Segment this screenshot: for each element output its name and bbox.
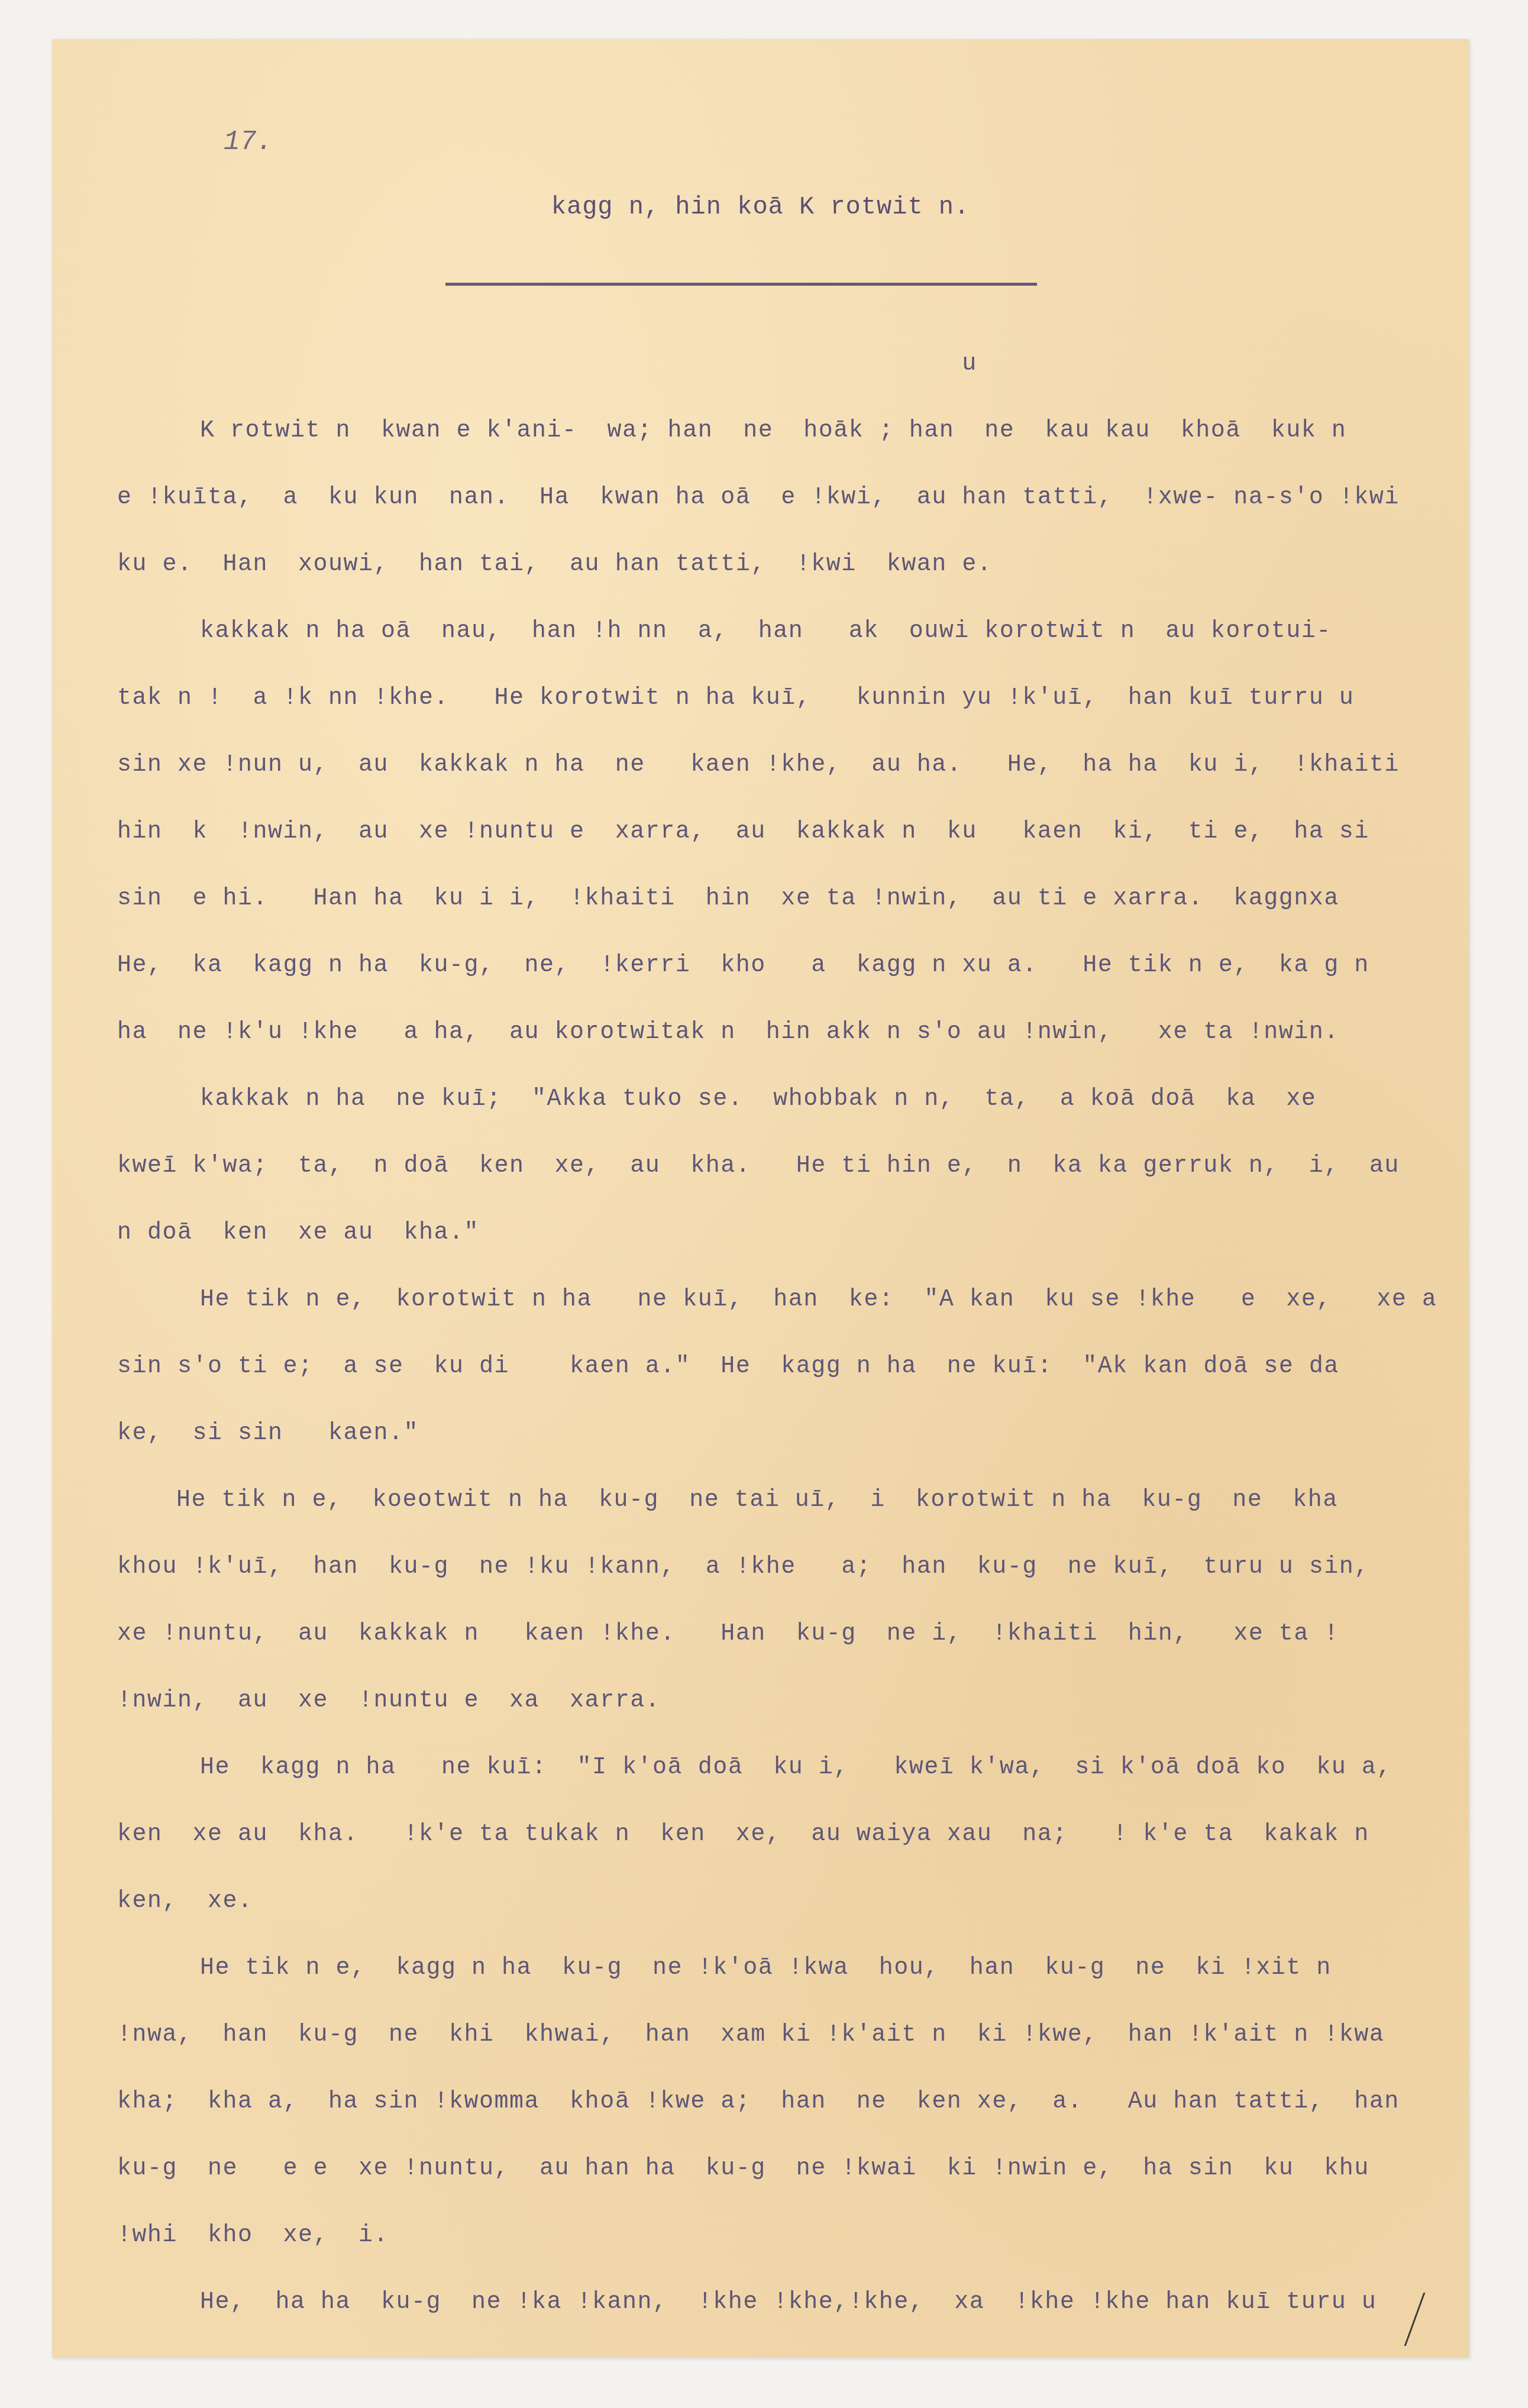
text-line: K rotwit n kwan e k'ani- wa; han ne hoāk…: [117, 413, 1501, 480]
text-line: n doā ken xe au kha.": [117, 1216, 1501, 1282]
text-line: kakkak n ha ne kuī; "Akka tuko se. whobb…: [117, 1082, 1501, 1149]
typewritten-page: 17. kagg n, hin koā K rotwit n. u K rotw…: [52, 39, 1469, 2358]
text-line: u: [117, 347, 1501, 413]
text-line: !whi kho xe, i.: [117, 2218, 1501, 2285]
text-line: !nwin, au xe !nuntu e xa xarra.: [117, 1683, 1501, 1750]
text-line: sin xe !nun u, au kakkak n ha ne kaen !k…: [117, 748, 1501, 814]
text-line: xe !nuntu, au kakkak n kaen !khe. Han ku…: [117, 1617, 1501, 1683]
text-line: He kagg n ha ne kuī: "I k'oā doā ku i, k…: [117, 1750, 1501, 1817]
document-title: kagg n, hin koā K rotwit n.: [52, 193, 1469, 221]
text-line: ke, si sin kaen.": [117, 1416, 1501, 1483]
title-underline: [445, 283, 1037, 286]
body-text: u K rotwit n kwan e k'ani- wa; han ne ho…: [117, 347, 1501, 2352]
text-line: kweī k'wa; ta, n doā ken xe, au kha. He …: [117, 1149, 1501, 1216]
text-line: hin k !nwin, au xe !nuntu e xarra, au ka…: [117, 814, 1501, 881]
text-line: e !kuīta, a ku kun nan. Ha kwan ha oā e …: [117, 480, 1501, 547]
text-line: !nwa, han ku-g ne khi khwai, han xam ki …: [117, 2018, 1501, 2084]
text-line: He, ka kagg n ha ku-g, ne, !kerri kho a …: [117, 948, 1501, 1015]
text-line: He tik n e, koeotwit n ha ku-g ne tai uī…: [117, 1483, 1501, 1550]
text-line: He tik n e, korotwit n ha ne kuī, han ke…: [117, 1282, 1501, 1349]
page-number: 17.: [224, 127, 273, 157]
text-line: He, ha ha ku-g ne !ka !kann, !khe !khe,!…: [117, 2285, 1501, 2352]
text-line: ken xe au kha. !k'e ta tukak n ken xe, a…: [117, 1817, 1501, 1884]
text-line: tak n ! a !k nn !khe. He korotwit n ha k…: [117, 681, 1501, 748]
text-line: kha; kha a, ha sin !kwomma khoā !kwe a; …: [117, 2084, 1501, 2151]
text-line: khou !k'uī, han ku-g ne !ku !kann, a !kh…: [117, 1550, 1501, 1617]
text-line: ha ne !k'u !khe a ha, au korotwitak n hi…: [117, 1015, 1501, 1082]
text-line: kakkak n ha oā nau, han !h nn a, han ak …: [117, 614, 1501, 681]
text-line: ku e. Han xouwi, han tai, au han tatti, …: [117, 547, 1501, 614]
text-line: ku-g ne e e xe !nuntu, au han ha ku-g ne…: [117, 2151, 1501, 2218]
text-line: sin e hi. Han ha ku i i, !khaiti hin xe …: [117, 881, 1501, 948]
text-line: He tik n e, kagg n ha ku-g ne !k'oā !kwa…: [117, 1951, 1501, 2018]
text-line: sin s'o ti e; a se ku di kaen a." He kag…: [117, 1349, 1501, 1416]
text-line: ken, xe.: [117, 1884, 1501, 1951]
